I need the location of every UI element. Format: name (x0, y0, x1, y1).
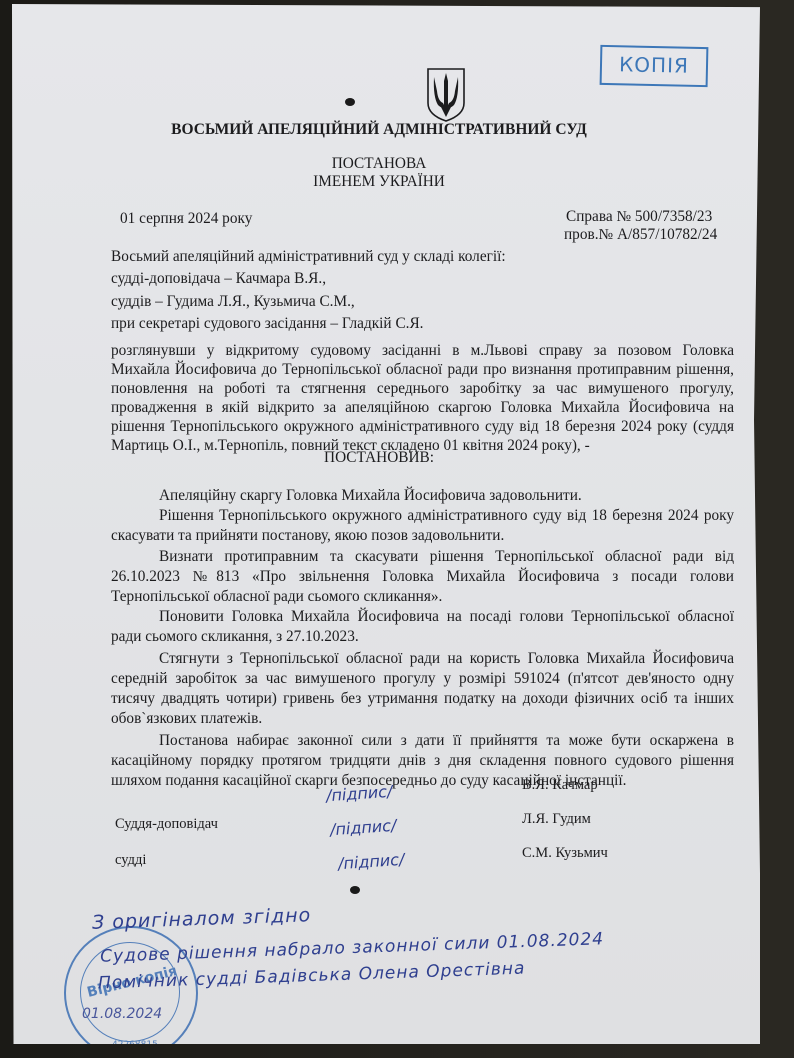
document-page: КОПІЯ ВОСЬМИЙ АПЕЛЯЦІЙНИЙ АДМІНІСТРАТИВН… (12, 4, 760, 1044)
intro-line: провадження в якій відкрито за апеляційн… (111, 398, 734, 418)
intro-line: поновлення на роботі та стягнення середн… (111, 379, 734, 399)
resolution-line: Апеляційну скаргу Головка Михайла Йосифо… (159, 486, 582, 506)
panel-line: Восьмий апеляційний адміністративний суд… (111, 247, 506, 267)
judge-name: С.М. Кузьмич (522, 843, 608, 863)
document-subtitle: ІМЕНЕМ УКРАЇНИ (12, 172, 746, 192)
resolution-line: касаційному порядку протягом тридцяти дн… (111, 751, 734, 771)
intro-line: розглянувши у відкритому судовому засіда… (111, 341, 734, 361)
resolution-line: Стягнути з Тернопільської обласної ради … (159, 649, 734, 669)
decision-date: 01 серпня 2024 року (120, 209, 252, 229)
signature-mark: /підпис/ (325, 782, 393, 806)
resolution-line: середній заробіток за час вимушеного про… (111, 669, 734, 689)
handwritten-note-line: Судове рішення набрало законної сили 01.… (100, 929, 605, 967)
document-type: ПОСТАНОВА (12, 154, 746, 174)
copy-stamp: КОПІЯ (600, 45, 709, 87)
ukraine-coat-of-arms-icon (426, 67, 466, 123)
resolution-line: Тернопільської обласної ради сьомого скл… (111, 587, 442, 607)
judge-name: В.Я. Качмар (522, 775, 598, 795)
panel-line: при секретарі судового засідання – Гладк… (111, 314, 424, 334)
reporting-judge-label: Суддя-доповідач (115, 814, 218, 834)
resolution-heading: ПОСТАНОВИВ: (12, 448, 746, 468)
judges-label: судді (115, 850, 146, 870)
stamp-code: 42268815 (112, 1040, 158, 1050)
handwritten-note-line: З оригіналом згідно (92, 904, 312, 934)
resolution-line: 26.10.2023 №813 «Про звільнення Головка … (111, 567, 734, 587)
resolution-line: Визнати протиправним та скасувати рішенн… (159, 547, 734, 567)
resolution-line: тисячу двадцять чотири) гривень без утри… (111, 689, 734, 709)
judge-name: Л.Я. Гудим (522, 809, 591, 829)
panel-line: суддів – Гудима Л.Я., Кузьмича С.М., (111, 292, 355, 312)
resolution-line: Постанова набирає законної сили з дати ї… (159, 731, 734, 751)
stamp-date: 01.08.2024 (82, 1006, 162, 1022)
resolution-line: обов`язкових платежів. (111, 709, 262, 729)
resolution-line: Поновити Головка Михайла Йосифовича на п… (159, 607, 734, 627)
resolution-line: скасувати та прийняти постанову, якою по… (111, 526, 504, 546)
proceeding-number: пров.№ А/857/10782/24 (564, 225, 717, 245)
punch-hole (345, 98, 355, 106)
court-name: ВОСЬМИЙ АПЕЛЯЦІЙНИЙ АДМІНІСТРАТИВНИЙ СУД (12, 120, 746, 140)
punch-hole (350, 886, 360, 894)
resolution-line: Рішення Тернопільського окружного адміні… (159, 506, 734, 526)
intro-line: рішення Тернопільського окружного адміні… (111, 417, 734, 437)
signature-mark: /підпис/ (329, 816, 397, 840)
case-number: Справа № 500/7358/23 (566, 207, 712, 227)
signature-mark: /підпис/ (337, 850, 405, 874)
resolution-line: ради сьомого скликання, з 27.10.2023. (111, 627, 359, 647)
panel-line: судді-доповідача – Качмара В.Я., (111, 269, 326, 289)
intro-line: Михайла Йосифовича до Тернопільської обл… (111, 360, 734, 380)
